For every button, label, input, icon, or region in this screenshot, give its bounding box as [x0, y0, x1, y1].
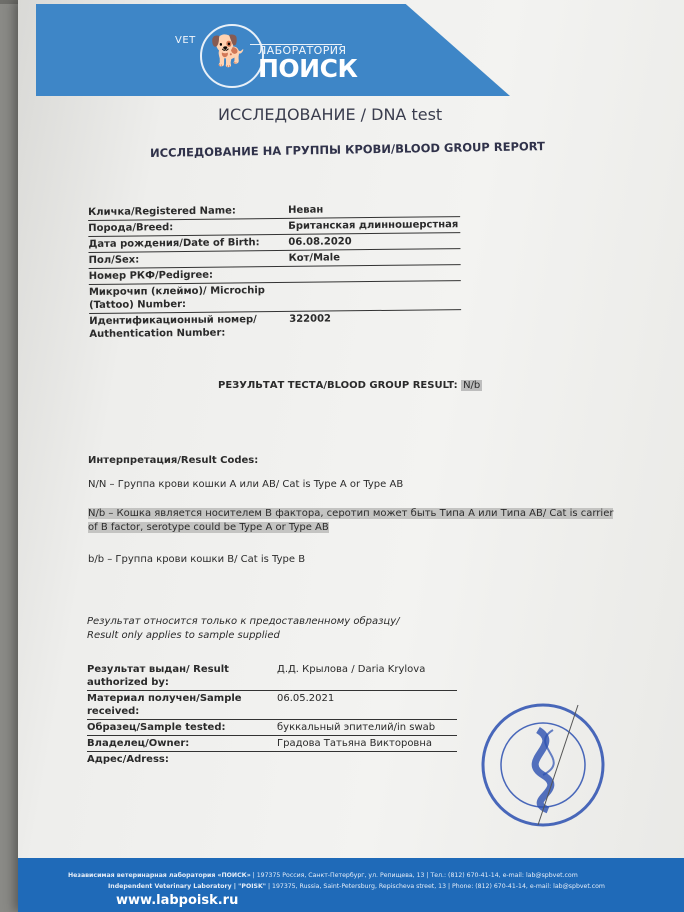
dna-stamp-icon	[478, 700, 608, 830]
footer-address-ru: Независимая ветеринарная лаборатория «ПО…	[68, 872, 578, 879]
result-label: РЕЗУЛЬТАТ ТЕСТА/BLOOD GROUP RESULT:	[218, 380, 458, 391]
detail-row-received: Материал получен/Sample received:06.05.2…	[87, 691, 457, 720]
logo-name: ПОИСК	[258, 54, 357, 83]
dog-logo-icon: 🐕	[210, 34, 247, 69]
report-details-table: Результат выдан/ Result authorized by:Д.…	[87, 662, 457, 767]
info-row-microchip: Микрочип (клеймо)/ Microchip (Tattoo) Nu…	[89, 281, 461, 314]
result-code-bb: b/b – Группа крови кошки В/ Cat is Type …	[88, 553, 618, 567]
detail-row-address: Адрес/Adress:	[87, 752, 457, 767]
sample-note: Результат относится только к предоставле…	[87, 615, 400, 643]
info-row-auth-number: Идентификационный номер/ Authentication …	[89, 310, 461, 342]
result-code-nn: N/N – Группа крови кошки А или АВ/ Cat i…	[88, 478, 618, 492]
animal-info-table: Кличка/Registered Name:Неван Порода/Bree…	[88, 201, 461, 342]
blood-group-result: РЕЗУЛЬТАТ ТЕСТА/BLOOD GROUP RESULT: N/b	[218, 380, 482, 391]
interpretation-heading: Интерпретация/Result Codes:	[88, 455, 258, 466]
detail-row-authorized: Результат выдан/ Result authorized by:Д.…	[87, 662, 457, 691]
footer-website: www.labpoisk.ru	[116, 893, 238, 908]
result-value: N/b	[461, 380, 482, 391]
footer-address-en: Independent Veterinary Laboratory | "POI…	[108, 883, 605, 890]
result-code-nb: N/b – Кошка является носителем В фактора…	[88, 507, 618, 535]
logo-vet-text: VET	[175, 35, 196, 46]
detail-row-owner: Владелец/Owner:Градова Татьяна Викторовн…	[87, 736, 457, 752]
detail-row-sample: Образец/Sample tested:буккальный эпители…	[87, 720, 457, 736]
document-title: ИССЛЕДОВАНИЕ / DNA test	[218, 105, 442, 124]
